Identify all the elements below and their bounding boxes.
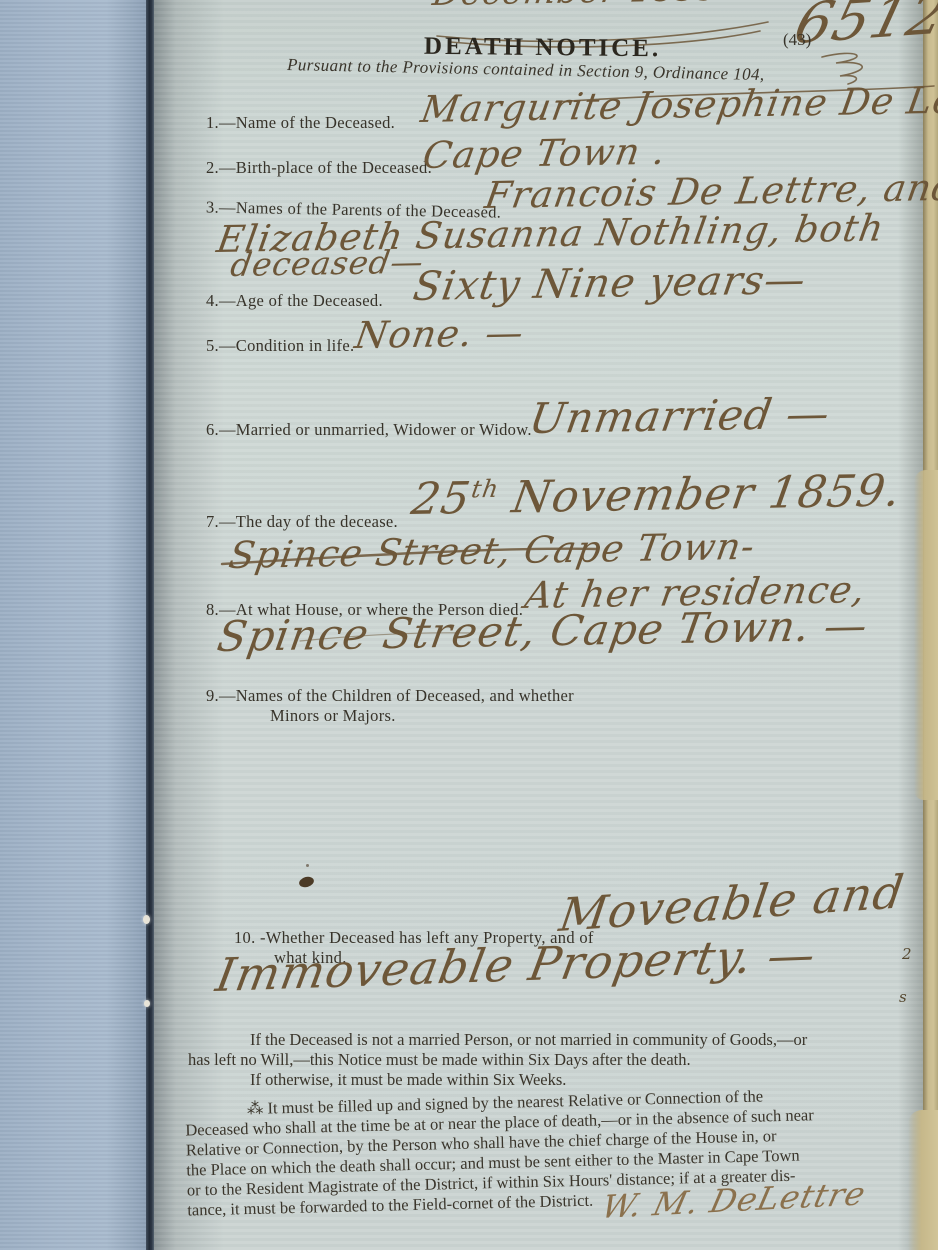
book-seam xyxy=(146,0,154,1250)
field-4-label: 4.—Age of the Deceased. xyxy=(206,291,383,311)
field-7-label: 7.—The day of the decease. xyxy=(206,512,398,532)
right-page-edge xyxy=(908,1110,938,1250)
field-9-label: 9.—Names of the Children of Deceased, an… xyxy=(206,686,574,726)
field-4-answer: Sixty Nine years— xyxy=(410,257,809,310)
footer-notice-paragraph: If the Deceased is not a married Person,… xyxy=(188,1030,878,1090)
field-5-label: 5.—Condition in life. xyxy=(206,336,354,356)
left-page-edge xyxy=(0,0,152,1250)
stitch-hole xyxy=(143,915,150,924)
right-page-edge xyxy=(914,470,938,800)
notice-line: If the Deceased is not a married Person,… xyxy=(188,1030,878,1050)
notice-line: has left no Will,—this Notice must be ma… xyxy=(188,1050,878,1070)
stitch-hole xyxy=(144,1000,150,1007)
field-7-answer: 25th November 1859. xyxy=(408,466,905,525)
field-5-answer: None. — xyxy=(352,311,527,357)
field-9-label-line1: 9.—Names of the Children of Deceased, an… xyxy=(206,686,574,705)
ink-speck xyxy=(306,864,309,867)
field-2-label: 2.—Birth-place of the Deceased. xyxy=(206,158,432,178)
field-1-label: 1.—Name of the Deceased. xyxy=(206,113,395,133)
field-6-label: 6.—Married or unmarried, Widower or Wido… xyxy=(206,420,532,440)
scanned-death-notice-page: December 1859 6512 (43) DEATH NOTICE. Pu… xyxy=(0,0,938,1250)
field-3-answer-line3: deceased— xyxy=(228,243,427,284)
field-6-answer: Unmarried — xyxy=(526,389,834,443)
field-2-answer: Cape Town . xyxy=(420,130,669,177)
page-number: (43) xyxy=(783,30,811,50)
edge-mark: 2 xyxy=(902,945,912,963)
field-9-label-line2: Minors or Majors. xyxy=(270,706,574,726)
edge-mark: s xyxy=(899,988,907,1006)
